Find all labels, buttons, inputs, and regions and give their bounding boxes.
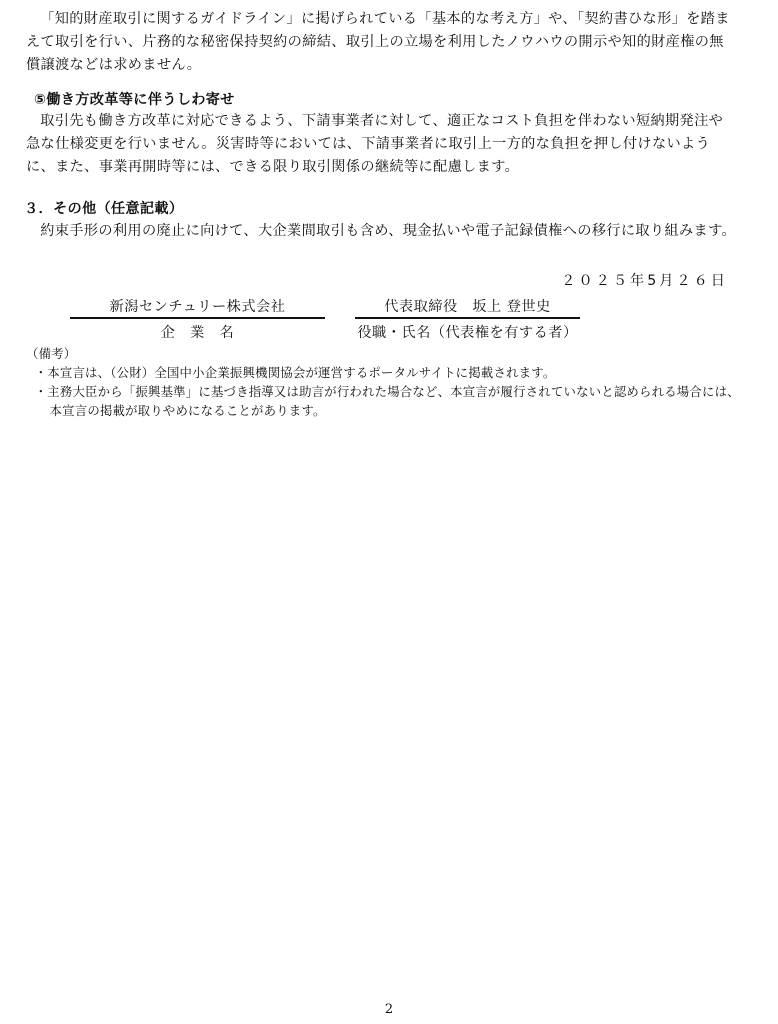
representative-name: 代表取締役 坂上 登世史: [355, 296, 580, 319]
section-3-heading: ３．その他（任意記載）: [24, 198, 183, 218]
section-5-heading: ⑤働き方改革等に伴うしわ寄せ: [34, 89, 235, 109]
notes-section: （備考） ・本宣言は、（公財）全国中小企業振興機関協会が運営するポータルサイトに…: [26, 344, 746, 420]
signature-representative: 代表取締役 坂上 登世史 役職・氏名（代表権を有する者）: [355, 296, 580, 342]
representative-label: 役職・氏名（代表権を有する者）: [345, 322, 590, 342]
signature-company: 新潟センチュリー株式会社 企 業 名: [70, 296, 325, 342]
notes-title: （備考）: [26, 344, 746, 363]
company-name: 新潟センチュリー株式会社: [70, 296, 325, 319]
company-label: 企 業 名: [70, 322, 325, 342]
page-number: 2: [0, 1002, 778, 1017]
section-3-body: 約束手形の利用の廃止に向けて、大企業間取引も含め、現金払いや電子記録債権への移行…: [26, 220, 736, 243]
paragraph-ip-guidelines: 「知的財産取引に関するガイドライン」に掲げられている「基本的な考え方」や、「契約…: [26, 8, 736, 77]
note-item: ・主務大臣から「振興基準」に基づき指導又は助言が行われた場合など、本宣言が履行さ…: [26, 382, 746, 420]
note-item: ・本宣言は、（公財）全国中小企業振興機関協会が運営するポータルサイトに掲載されま…: [26, 363, 746, 382]
section-5-body: 取引先も働き方改革に対応できるよう、下請事業者に対して、適正なコスト負担を伴わな…: [26, 110, 736, 179]
declaration-date: ２０２５年5月２６日: [561, 270, 728, 290]
